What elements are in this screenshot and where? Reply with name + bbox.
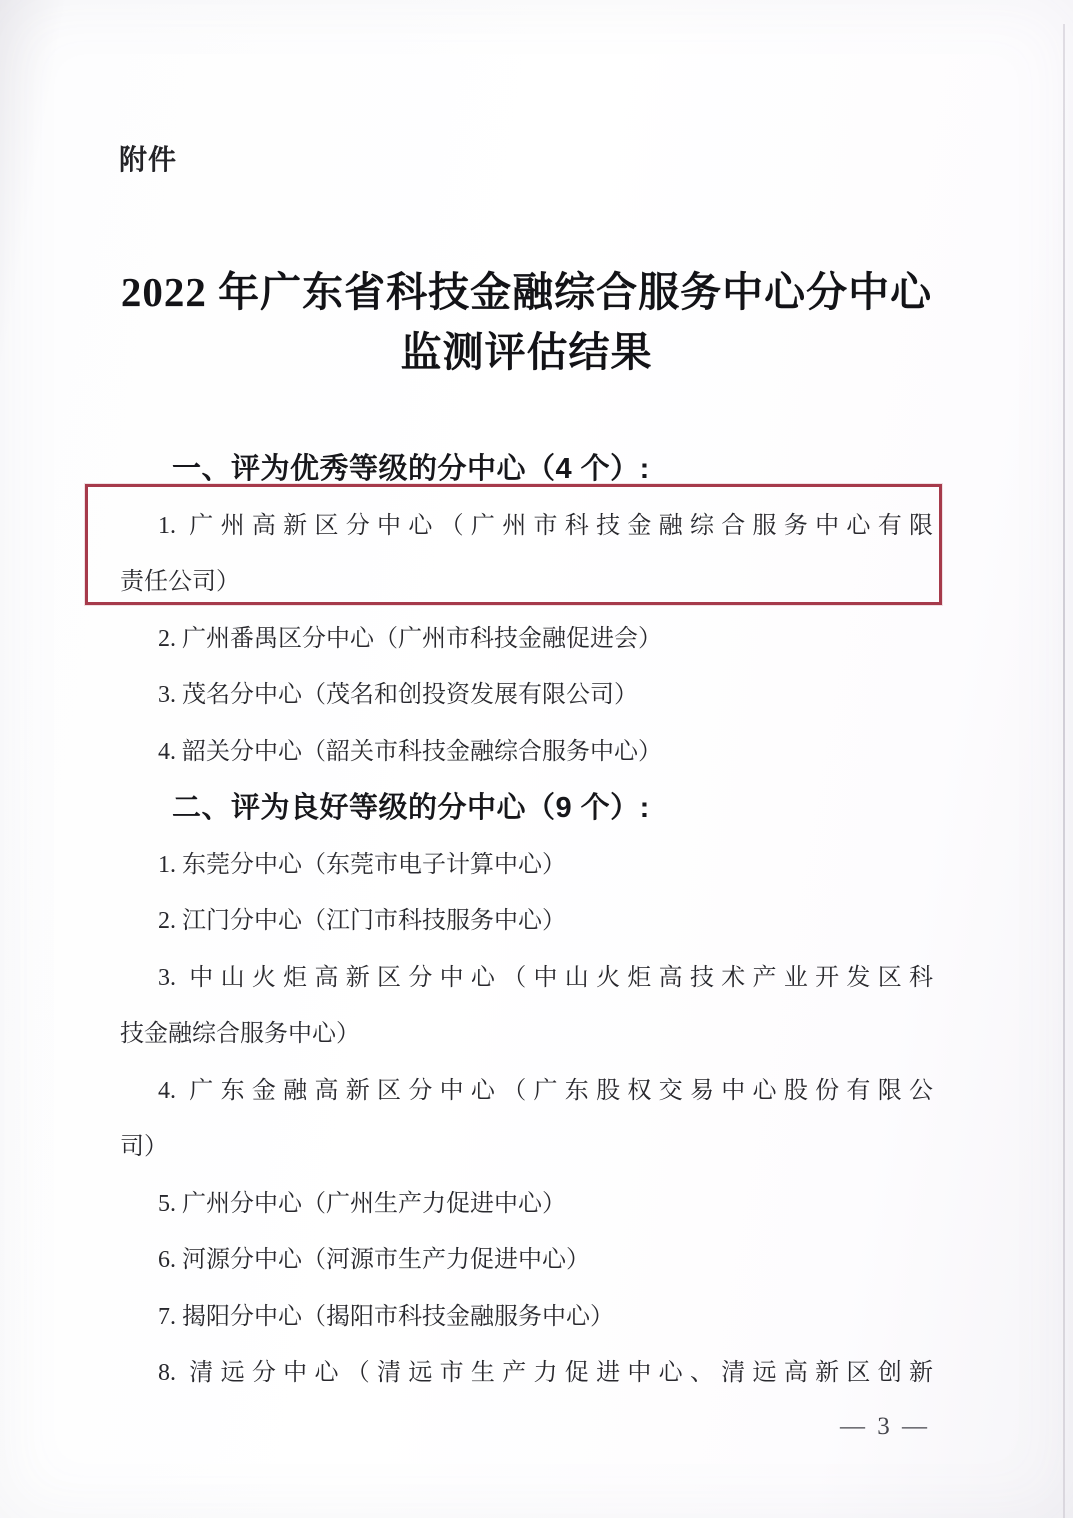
scanned-document-page: 附件 2022 年广东省科技金融综合服务中心分中心 监测评估结果 一、评为优秀等… bbox=[0, 0, 1073, 1518]
list-item: 7. 揭阳分中心（揭阳市科技金融服务中心） bbox=[158, 1289, 950, 1346]
list-item: 3. 茂名分中心（茂名和创投资发展有限公司） bbox=[158, 667, 950, 724]
list-item-continuation: 责任公司） bbox=[120, 554, 950, 611]
list-item-continuation: 技金融综合服务中心） bbox=[120, 1006, 950, 1063]
list-item: 4. 韶关分中心（韶关市科技金融综合服务中心） bbox=[158, 724, 950, 781]
section-2-heading: 二、评为良好等级的分中心（9 个）: bbox=[172, 780, 950, 837]
list-item: 8. 清远分中心（清远市生产力促进中心、清远高新区创新 bbox=[158, 1345, 933, 1402]
title-line-1: 2022 年广东省科技金融综合服务中心分中心 bbox=[30, 262, 1023, 322]
list-item: 6. 河源分中心（河源市生产力促进中心） bbox=[158, 1232, 950, 1289]
list-item: 2. 江门分中心（江门市科技服务中心） bbox=[158, 893, 950, 950]
list-item: 1. 东莞分中心（东莞市电子计算中心） bbox=[158, 837, 950, 894]
list-item: 4. 广东金融高新区分中心（广东股权交易中心股份有限公 bbox=[158, 1063, 933, 1120]
list-item: 2. 广州番禺区分中心（广州市科技金融促进会） bbox=[158, 611, 950, 668]
document-title: 2022 年广东省科技金融综合服务中心分中心 监测评估结果 bbox=[30, 262, 1023, 382]
list-item-continuation: 司） bbox=[120, 1119, 950, 1176]
section-1-heading: 一、评为优秀等级的分中心（4 个）: bbox=[172, 441, 950, 498]
title-line-2: 监测评估结果 bbox=[30, 322, 1023, 382]
list-item: 3. 中山火炬高新区分中心（中山火炬高技术产业开发区科 bbox=[158, 950, 933, 1007]
attachment-label: 附件 bbox=[119, 138, 177, 178]
document-body: 一、评为优秀等级的分中心（4 个）: 1. 广州高新区分中心（广州市科技金融综合… bbox=[120, 441, 950, 1402]
page-edge-line bbox=[1063, 24, 1065, 1518]
list-item: 5. 广州分中心（广州生产力促进中心） bbox=[158, 1176, 950, 1233]
list-item: 1. 广州高新区分中心（广州市科技金融综合服务中心有限 bbox=[158, 498, 933, 555]
page-number: — 3 — bbox=[815, 1405, 955, 1449]
